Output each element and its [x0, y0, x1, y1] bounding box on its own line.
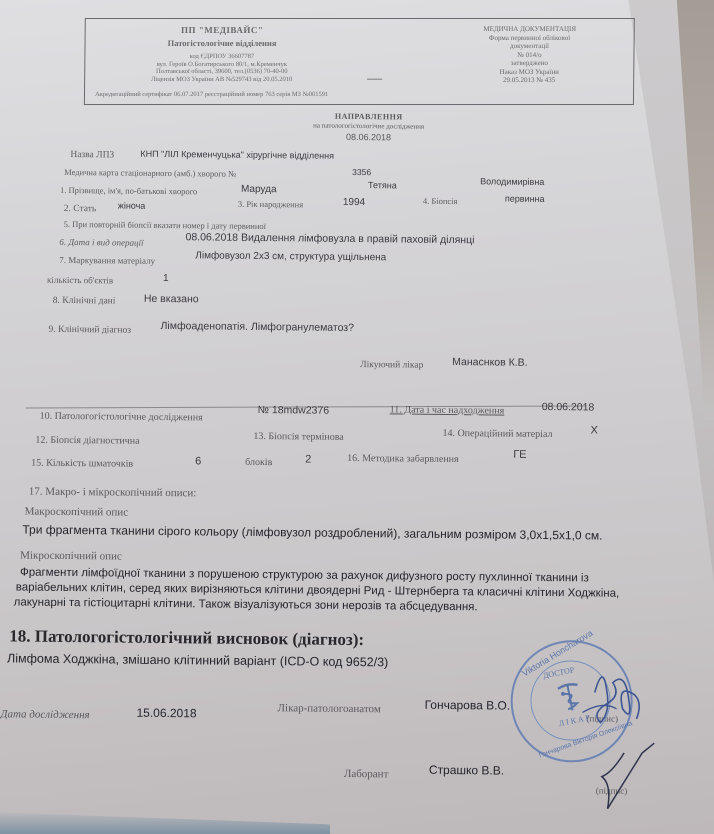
doc-type-line: 29.05.2013 № 435 — [439, 76, 619, 84]
lab-name: Страшко В.В. — [429, 763, 504, 778]
marking-label: 7. Маркування матеріалу — [59, 255, 155, 266]
study-label: 10. Патологогістологічне дослідження — [40, 411, 203, 424]
org-line: код ЄДРПОУ 36607787 — [99, 53, 344, 60]
sex-label: 2. Стать — [64, 204, 97, 214]
pathology-report: ПП "МЕДІВАЙС" Патогістологічне відділенн… — [0, 0, 714, 834]
blocks-value: 2 — [305, 453, 311, 465]
macro-label: Макроскопічний опис — [25, 506, 129, 519]
doc-type-block: МЕДИЧНА ДОКУМЕНТАЦІЯ Форма первинної обл… — [439, 25, 620, 84]
patient-last-name: Маруда — [241, 184, 277, 195]
biopsy-value: первинна — [505, 194, 545, 204]
institution-value: КНП "ЛІЛ Кременчуцька" хірургічне відділ… — [140, 149, 334, 161]
clinical-data-value: Не вказано — [144, 293, 199, 306]
sex-value: жіноча — [118, 201, 146, 211]
descriptions-label: 17. Макро- і мікроскопічний описи: — [29, 486, 197, 500]
study-date-value: 15.06.2018 — [136, 706, 196, 721]
clinical-diagnosis-value: Лімфоаденопатія. Лімфогранулематоз? — [161, 320, 355, 334]
birth-year-label: 3. Рік народження — [238, 199, 303, 210]
micro-label: Мікроскопічний опис — [20, 550, 122, 563]
org-line: вул. Героїв О.Богатирського 80/1, м.Крем… — [99, 61, 344, 68]
birth-year-value: 1994 — [343, 197, 365, 208]
object-count-label: кількість об'єктів — [47, 275, 113, 286]
handwritten-signature — [571, 652, 693, 823]
repeat-biopsy-label: 5. При повторній біопсії вказати номер і… — [64, 219, 266, 231]
macro-text: Три фрагмента тканини сірого кольору (лі… — [22, 523, 602, 543]
pathologist-label: Лікар-патологоанатом — [278, 702, 381, 715]
logo-mark: ▬▬▬ — [367, 77, 382, 82]
attending-doctor-value: Манаснков К.В. — [452, 356, 528, 369]
lab-label: Лаборант — [344, 768, 389, 780]
micro-text-line: лакунарні та гістіоцитарні клітини. Тако… — [14, 596, 478, 613]
blocks-label: блоків — [245, 457, 272, 468]
attending-doctor-label: Лікуючий лікар — [360, 360, 423, 371]
doc-type-line: № 014/о — [439, 51, 619, 59]
patient-patronymic: Володимирівна — [480, 176, 544, 187]
org-line: Ліцензія МОЗ України АВ №529743 від 20.0… — [99, 76, 344, 83]
doc-type-line: Наказ МОЗ України — [439, 68, 619, 76]
pieces-value: 6 — [195, 455, 201, 467]
org-name: ПП "МЕДІВАЙС" — [100, 25, 345, 35]
header-box: ПП "МЕДІВАЙС" Патогістологічне відділенн… — [84, 18, 635, 105]
staining-label: 16. Методика забарвлення — [347, 453, 459, 465]
clinical-data-label: 8. Клінічні дані — [53, 296, 116, 307]
doc-type-line: МЕДИЧНА ДОКУМЕНТАЦІЯ — [440, 25, 620, 33]
referral-subtitle: на патологогістологічне дослідження — [249, 121, 489, 132]
medical-card-value: 3356 — [352, 167, 371, 177]
patient-name-label: 1. Прізвище, ім'я, по-батькові хворого — [60, 185, 197, 196]
org-line: Полтавської області, 39600, тел.(0536) 7… — [99, 68, 344, 75]
study-date-label: Дата дослідження — [0, 708, 89, 721]
diagnostic-biopsy-label: 12. Біопсія діагностична — [35, 435, 139, 447]
patient-first-name: Тетяна — [368, 180, 397, 190]
referral-title-block: НАПРАВЛЕННЯ на патологогістологічне досл… — [249, 111, 489, 144]
pieces-label: 15. Кількість шматочків — [31, 458, 133, 470]
urgent-biopsy-label: 13. Біопсія термінова — [253, 431, 343, 443]
conclusion-text: Лімфома Ходжкіна, змішано клітинний варі… — [7, 651, 388, 669]
doc-type-line: затверджено — [439, 59, 619, 67]
institution-label: Назва ЛПЗ — [70, 150, 114, 160]
medical-card-label: Медична карта стаціонарного (амб.) хворо… — [64, 167, 236, 179]
org-block: ПП "МЕДІВАЙС" Патогістологічне відділенн… — [99, 25, 345, 83]
object-count-value: 1 — [163, 273, 169, 284]
referral-date: 08.06.2018 — [249, 131, 489, 144]
accreditation-line: Акредитаційний сертифікат 06.07.2017 реє… — [95, 91, 328, 98]
pathologist-name: Гончарова В.О. — [425, 698, 511, 713]
received-date: 08.06.2018 — [542, 401, 595, 414]
staining-value: ГЕ — [513, 449, 526, 461]
study-number: № 18mdw2376 — [258, 404, 330, 417]
marking-value: Лімфовузол 2х3 см, структура ущільнена — [195, 250, 386, 263]
operation-label: 6. Дата і вид операції — [59, 237, 143, 248]
biopsy-label: 4. Біопсія — [423, 196, 458, 206]
doc-type-line: документації — [439, 42, 619, 50]
operation-value: 08.06.2018 Видалення лімфовузла в правій… — [185, 231, 474, 246]
operative-material-mark: Х — [590, 424, 597, 436]
conclusion-title: 18. Патологогістологічний висновок (діаг… — [9, 626, 364, 650]
org-department: Патогістологічне відділення — [99, 38, 344, 48]
operative-material-label: 14. Операційний матеріал — [442, 428, 552, 440]
received-label: 11. Дата і час надходження — [390, 404, 505, 416]
clinical-diagnosis-label: 9. Клінічний діагноз — [48, 325, 131, 336]
doc-type-line: Форма первинної облікової — [440, 34, 620, 42]
